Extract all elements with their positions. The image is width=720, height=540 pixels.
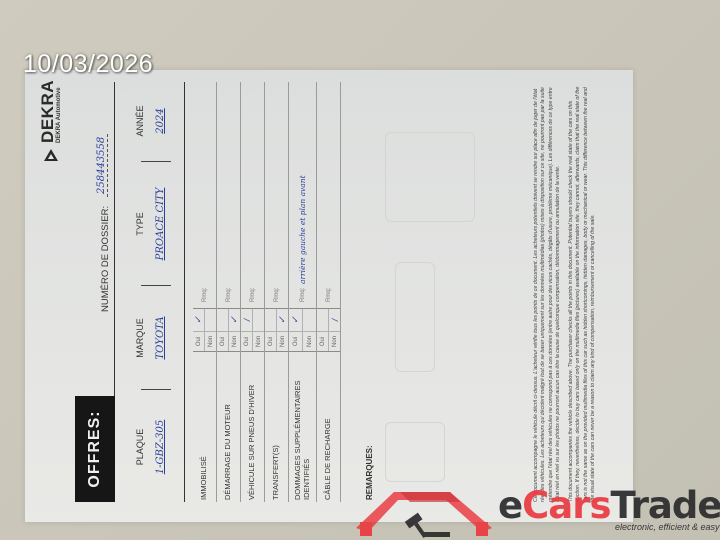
- year-label: ANNÉE: [135, 82, 145, 160]
- date-overlay: 10/03/2026: [23, 50, 153, 79]
- check-row-charging-cable: CÂBLE DE RECHARGE Oui Non/ Rmq:: [317, 82, 341, 502]
- yes-option: Oui: [265, 331, 276, 351]
- check-mark: ✓: [229, 309, 240, 331]
- strike-mark: /: [241, 309, 252, 331]
- check-label: DÉMARRAGE DU MOTEUR: [224, 352, 233, 502]
- make-label: MARQUE: [135, 288, 145, 388]
- show-through-diagram: [395, 262, 435, 372]
- remark-label: Rmq:: [226, 284, 232, 302]
- dekra-brand-name: DEKRA: [39, 80, 56, 143]
- yes-no-box: Oui Non/: [317, 308, 340, 352]
- yes-option: Oui: [193, 331, 204, 351]
- yes-option: Oui: [289, 331, 302, 351]
- no-option: Non: [253, 331, 264, 351]
- type-label: TYPE: [135, 164, 145, 284]
- yes-no-box: Oui✓ Non: [289, 308, 316, 352]
- dossier-number-value: 258443558: [96, 134, 108, 197]
- check-label: VÉHICULE SUR PNEUS D'HIVER: [248, 352, 257, 502]
- offer-header: OFFRES: NUMÉRO DE DOSSIER: 258443558: [75, 82, 115, 502]
- remark-label: Rmq:: [274, 284, 280, 302]
- show-through-diagram: [385, 422, 445, 482]
- checklist: IMMOBILISÉ Oui✓ Non Rmq: DÉMARRAGE DU MO…: [193, 82, 341, 502]
- type-value: PROACE CITY: [155, 164, 166, 284]
- strike-mark: /: [329, 309, 340, 331]
- wordmark-suffix: Trade: [611, 484, 720, 527]
- check-label: CÂBLE DE RECHARGE: [324, 352, 333, 502]
- dekra-logo: DEKRA DEKRA Automotive: [39, 80, 62, 163]
- yes-no-box: Oui Non✓: [217, 308, 240, 352]
- check-label: IMMOBILISÉ: [200, 352, 209, 502]
- document-photo: DEKRA DEKRA Automotive OFFRES: NUMÉRO DE…: [25, 70, 633, 522]
- column-divider: [141, 285, 171, 286]
- check-mark: ✓: [289, 309, 302, 331]
- column-divider: [141, 389, 171, 390]
- no-option: Non: [229, 331, 240, 351]
- yes-option: Oui: [241, 331, 252, 351]
- no-option: Non: [329, 331, 340, 351]
- check-row-winter-tyres: VÉHICULE SUR PNEUS D'HIVER Oui/ Non Rmq:: [241, 82, 265, 502]
- check-label: DOMMAGES SUPPLÉMENTAIRES IDENTIFIÉS: [294, 352, 311, 502]
- check-row-immobilised: IMMOBILISÉ Oui✓ Non Rmq:: [193, 82, 217, 502]
- check-row-engine-start: DÉMARRAGE DU MOTEUR Oui Non✓ Rmq:: [217, 82, 241, 502]
- check-mark: ✓: [277, 309, 288, 331]
- make-value: TOYOTA: [155, 288, 166, 388]
- check-mark: ✓: [193, 309, 204, 331]
- yes-option: Oui: [317, 331, 328, 351]
- check-label: TRANSFERT(S): [272, 352, 281, 502]
- ecarstrade-wordmark: eCarsTrade: [498, 484, 720, 527]
- show-through-diagram: [385, 132, 475, 222]
- dekra-triangle-icon: [43, 147, 59, 163]
- disclaimer-english: This document accompanies the vehicle de…: [568, 82, 597, 502]
- remark-label: Rmq:: [202, 284, 208, 302]
- no-option: Non: [303, 331, 316, 351]
- yes-no-box: Oui Non✓: [265, 308, 288, 352]
- damage-remark: arrière gauche et plan avant: [298, 175, 307, 284]
- dekra-brand-subtitle: DEKRA Automotive: [56, 80, 62, 143]
- yes-no-box: Oui/ Non: [241, 308, 264, 352]
- wordmark-prefix: e: [498, 484, 522, 527]
- check-row-additional-damage: DOMMAGES SUPPLÉMENTAIRES IDENTIFIÉS Oui✓…: [289, 82, 317, 502]
- auction-house-icon: [352, 482, 502, 540]
- dekra-offer-form: DEKRA DEKRA Automotive OFFRES: NUMÉRO DE…: [25, 70, 633, 522]
- ecarstrade-tagline: electronic, efficient & easy: [615, 522, 720, 532]
- plate-value: 1-GBZ-305: [155, 392, 166, 502]
- disclaimer-french: Ce document accompagne le véhicule décri…: [533, 82, 562, 502]
- column-type: TYPE PROACE CITY: [129, 164, 185, 284]
- remark-label: Rmq:: [326, 284, 332, 302]
- vehicle-info: PLAQUE 1-GBZ-305 MARQUE TOYOTA TYPE PROA…: [129, 82, 185, 502]
- remark-label: Rmq:: [250, 284, 256, 302]
- no-option: Non: [205, 331, 216, 351]
- wordmark-accent: Cars: [522, 484, 610, 527]
- column-plate: PLAQUE 1-GBZ-305: [129, 392, 185, 502]
- disclaimer: Ce document accompagne le véhicule décri…: [533, 82, 603, 502]
- yes-option: Oui: [217, 331, 228, 351]
- check-row-transfers: TRANSFERT(S) Oui Non✓ Rmq:: [265, 82, 289, 502]
- plate-label: PLAQUE: [135, 392, 145, 502]
- ecarstrade-watermark: eCarsTrade electronic, efficient & easy: [352, 482, 720, 540]
- column-make: MARQUE TOYOTA: [129, 288, 185, 388]
- offer-title: OFFRES:: [75, 396, 115, 502]
- no-option: Non: [277, 331, 288, 351]
- year-value: 2024: [155, 82, 166, 160]
- remark-label: Rmq:: [300, 284, 306, 302]
- dossier-number-label: NUMÉRO DE DOSSIER:: [100, 206, 111, 312]
- column-year: ANNÉE 2024: [129, 82, 185, 160]
- yes-no-box: Oui✓ Non: [193, 308, 216, 352]
- column-divider: [141, 161, 171, 162]
